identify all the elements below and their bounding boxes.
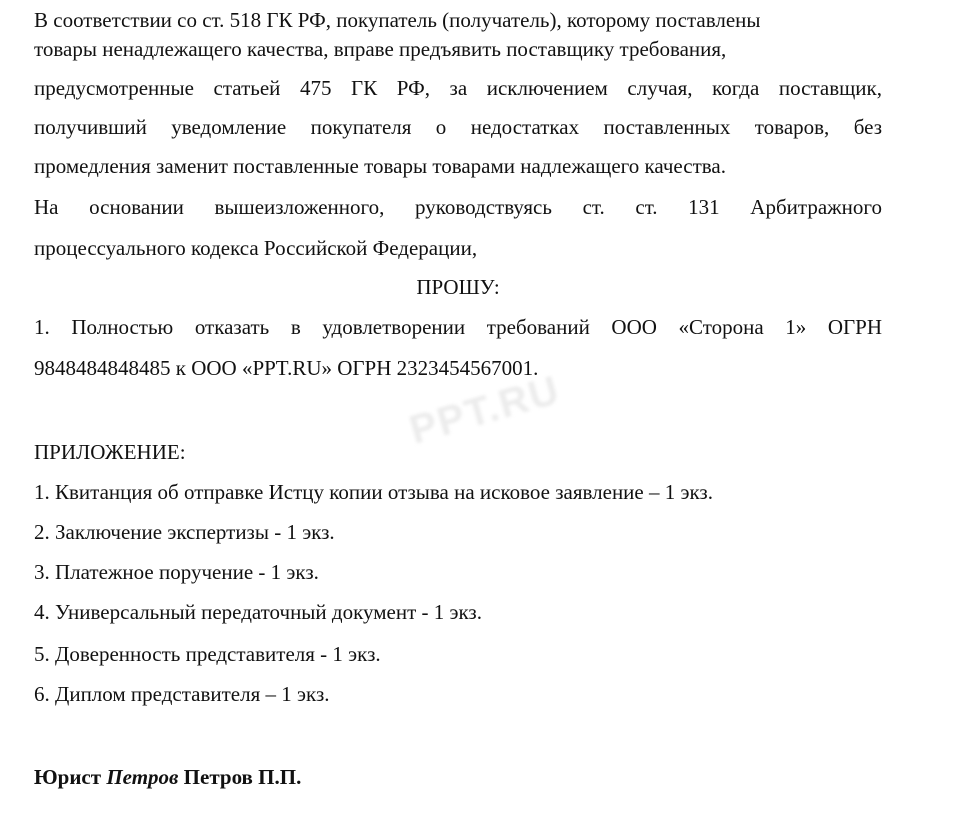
appendix-item: 3. Платежное поручение - 1 экз. — [34, 560, 319, 584]
appendix-item: 1. Квитанция об отправке Истцу копии отз… — [34, 480, 713, 504]
signature: Юрист Петров Петров П.П. — [34, 765, 301, 789]
paragraph1-line-4: получивший уведомление покупателя о недо… — [34, 115, 882, 139]
paragraph1-line-3: предусмотренные статьей 475 ГК РФ, за ис… — [34, 76, 882, 100]
request-heading: ПРОШУ: — [0, 275, 916, 299]
watermark: PPT.RU — [405, 368, 566, 454]
paragraph2-line-2: процессуального кодекса Российской Федер… — [34, 236, 477, 260]
request-line-2: 9848484848485 к ООО «PPT.RU» ОГРН 232345… — [34, 356, 538, 380]
appendix-item: 4. Универсальный передаточный документ -… — [34, 600, 482, 624]
appendix-item: 6. Диплом представителя – 1 экз. — [34, 682, 330, 706]
appendix-item: 2. Заключение экспертизы - 1 экз. — [34, 520, 335, 544]
appendix-item: 5. Доверенность представителя - 1 экз. — [34, 642, 381, 666]
signature-name: Петров П.П. — [184, 765, 302, 789]
paragraph1-line-2: товары ненадлежащего качества, вправе пр… — [34, 37, 726, 61]
request-line-1: 1. Полностью отказать в удовлетворении т… — [34, 315, 882, 339]
paragraph1-line-5: промедления заменит поставленные товары … — [34, 154, 726, 178]
signature-role: Юрист — [34, 765, 101, 789]
appendix-heading: ПРИЛОЖЕНИЕ: — [34, 440, 186, 464]
paragraph2-line-1: На основании вышеизложенного, руководств… — [34, 195, 882, 219]
paragraph1-line-1: В соответствии со ст. 518 ГК РФ, покупат… — [34, 8, 761, 32]
signature-handwritten: Петров — [106, 765, 178, 789]
